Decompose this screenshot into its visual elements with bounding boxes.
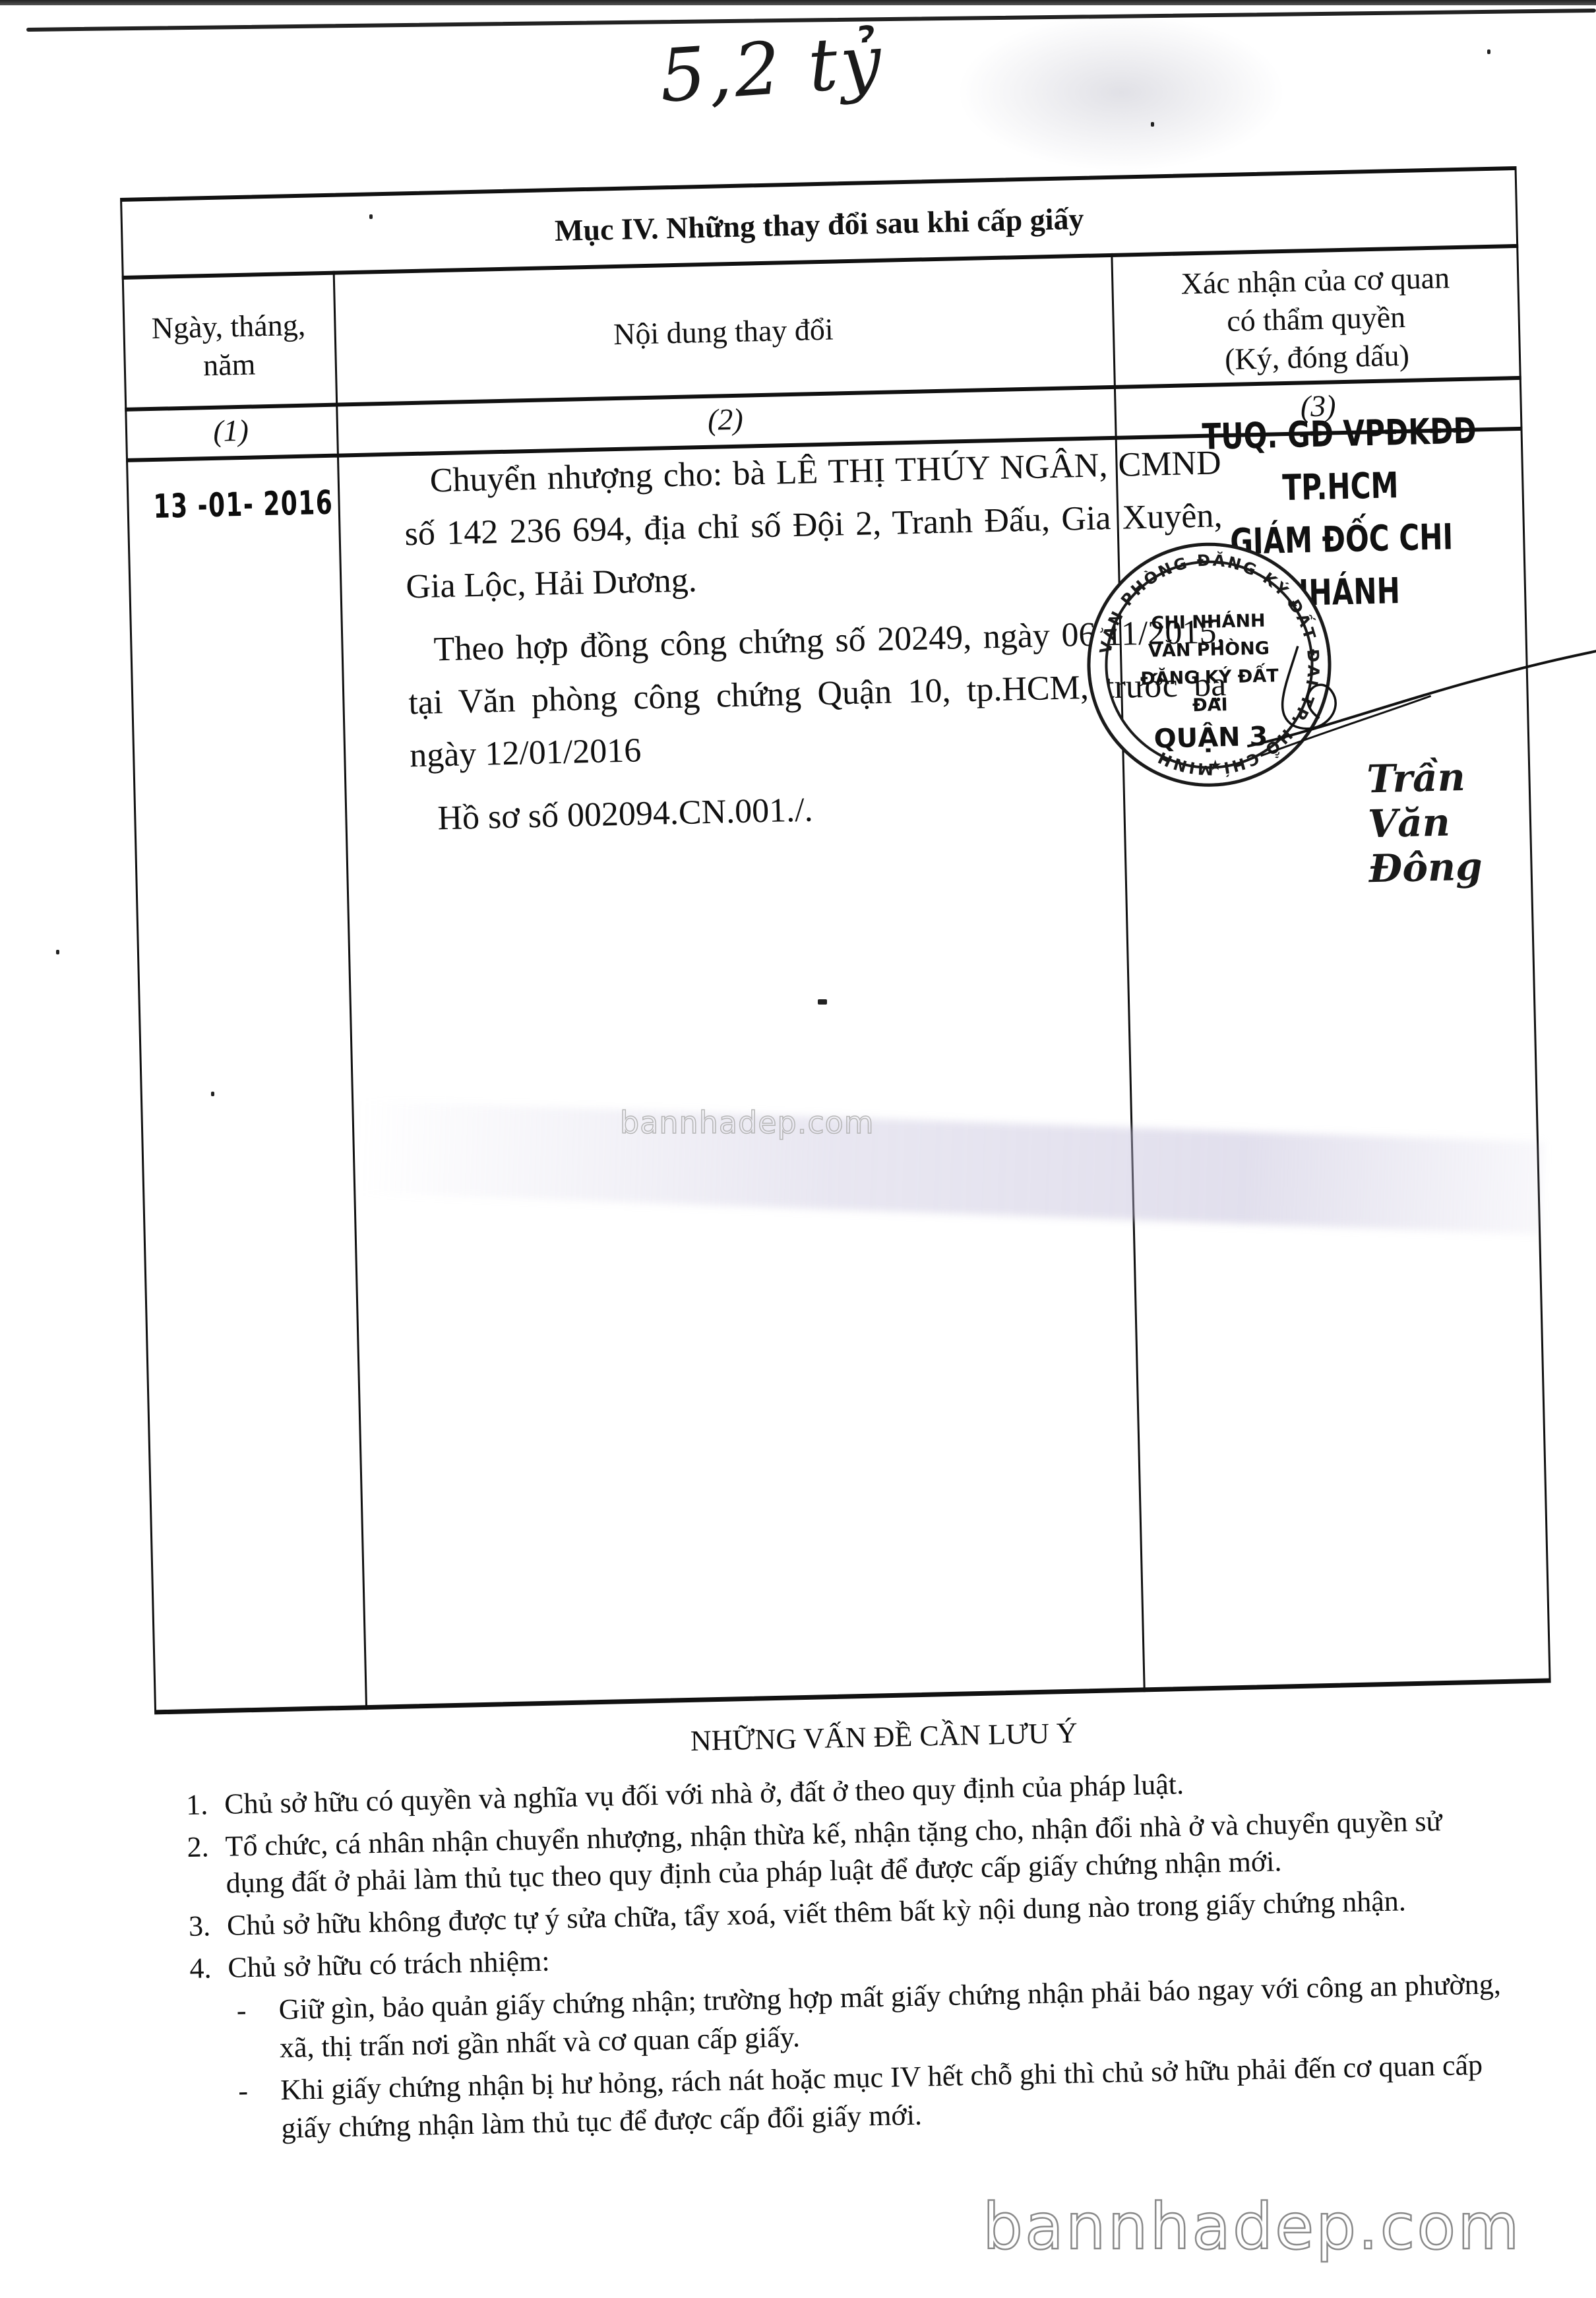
watermark-bottom: bannhadep.com bbox=[983, 2190, 1521, 2264]
notes-section: NHỮNG VẤN ĐỀ CẦN LƯU Ý 1. Chủ sở hữu có … bbox=[185, 1707, 1512, 2150]
scan-speck bbox=[1151, 122, 1154, 127]
authority-line-1: TUQ. GĐ VPĐKĐĐ TP.HCM bbox=[1194, 404, 1485, 516]
svg-text:★: ★ bbox=[1209, 757, 1222, 774]
scan-top-edge bbox=[0, 0, 1596, 5]
scan-speck bbox=[818, 999, 827, 1005]
scan-speck bbox=[56, 950, 59, 954]
column-number-1: (1) bbox=[125, 411, 336, 450]
scan-speck bbox=[211, 1092, 214, 1096]
scan-shadow bbox=[956, 13, 1286, 171]
scan-speck bbox=[369, 214, 373, 219]
header-authority: Xác nhận của cơ quan có thẩm quyền (Ký, … bbox=[1111, 257, 1521, 381]
scan-speck bbox=[1487, 49, 1490, 54]
signer-name: Trần Văn Đông bbox=[1366, 753, 1533, 892]
signature-icon bbox=[1218, 625, 1596, 766]
header-date: Ngày, tháng, năm bbox=[123, 305, 336, 387]
notes-title: NHỮNG VẤN ĐỀ CẦN LƯU Ý bbox=[185, 1707, 1504, 1768]
handwritten-price-note: 5,2 tỷ bbox=[657, 18, 886, 118]
changes-table: Mục IV. Những thay đổi sau khi cấp giấy … bbox=[120, 166, 1551, 1714]
entry-date-stamp: 13 -01- 2016 bbox=[153, 483, 334, 526]
watermark-middle: bannhadep.com bbox=[620, 1105, 875, 1140]
